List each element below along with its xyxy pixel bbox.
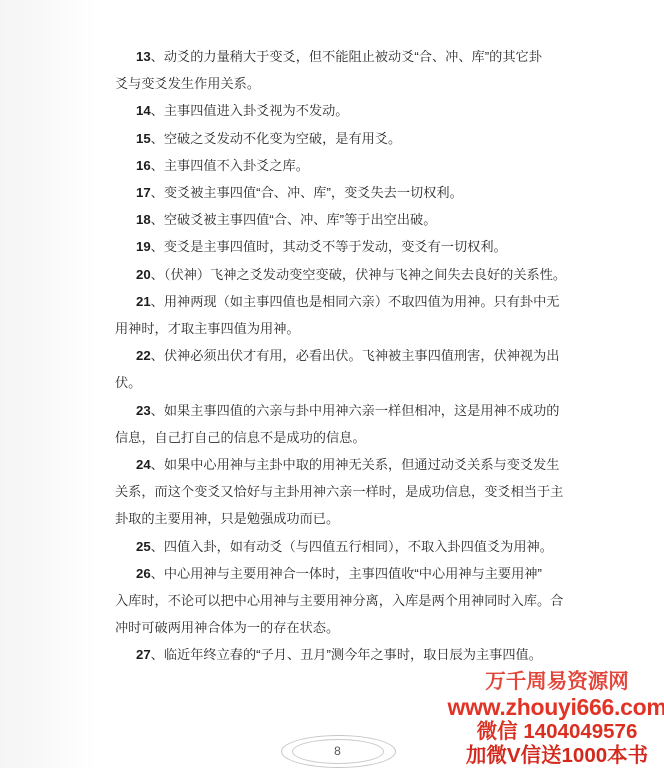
watermark-line: 加微V信送1000本书 xyxy=(447,744,664,768)
rule-item-number: 14 xyxy=(136,103,151,118)
rule-item: 14、主事四值进入卦爻视为不发动。 xyxy=(115,97,585,124)
rule-item: 15、空破之爻发动不化变为空破，是有用爻。 xyxy=(115,125,585,152)
rule-item-separator: 、 xyxy=(151,267,164,282)
rule-item: 27、临近年终立春的“子月、丑月”测今年之事时，取日辰为主事四值。 xyxy=(115,641,585,668)
rule-item-number: 17 xyxy=(136,185,151,200)
document-page: 13、动爻的力量稍大于变爻，但不能阻止被动爻“合、冲、库”的其它卦 爻与变爻发生… xyxy=(0,0,664,768)
rule-item: 13、动爻的力量稍大于变爻，但不能阻止被动爻“合、冲、库”的其它卦 爻与变爻发生… xyxy=(115,43,585,97)
rule-item-separator: 、 xyxy=(151,647,164,662)
rule-item-number: 13 xyxy=(136,49,151,64)
rule-item-number: 22 xyxy=(136,348,151,363)
rule-item-separator: 、 xyxy=(151,239,164,254)
rule-item-number: 23 xyxy=(136,403,151,418)
rule-item-text: 动爻的力量稍大于变爻，但不能阻止被动爻“合、冲、库”的其它卦 爻与变爻发生作用关… xyxy=(115,49,542,91)
rule-item: 25、四值入卦，如有动爻（与四值五行相同），不取入卦四值爻为用神。 xyxy=(115,533,585,560)
rule-item-text: （伏神）飞神之爻发动变空变破，伏神与飞神之间失去良好的关系性。 xyxy=(164,267,566,282)
rule-item: 23、如果主事四值的六亲与卦中用神六亲一样但相冲，这是用神不成功的 信息，自己打… xyxy=(115,397,585,451)
rule-item-number: 16 xyxy=(136,158,151,173)
rule-item-separator: 、 xyxy=(151,212,164,227)
rule-item-separator: 、 xyxy=(151,457,164,472)
rule-item-number: 19 xyxy=(136,239,151,254)
rule-item-text: 用神两现（如主事四值也是相同六亲）不取四值为用神。只有卦中无 用神时，才取主事四… xyxy=(115,294,559,336)
rule-item: 21、用神两现（如主事四值也是相同六亲）不取四值为用神。只有卦中无 用神时，才取… xyxy=(115,288,585,342)
watermark-url: www.zhouyi666.com xyxy=(447,695,664,720)
rule-item-text: 空破之爻发动不化变为空破，是有用爻。 xyxy=(164,131,401,146)
rule-item-number: 18 xyxy=(136,212,151,227)
rule-item-separator: 、 xyxy=(151,131,164,146)
rule-item-separator: 、 xyxy=(151,566,164,581)
rule-item-number: 24 xyxy=(136,457,151,472)
rule-item-text: 空破爻被主事四值“合、冲、库”等于出空出破。 xyxy=(164,212,437,227)
rule-item-separator: 、 xyxy=(151,403,164,418)
rule-item-number: 26 xyxy=(136,566,151,581)
rule-item: 18、空破爻被主事四值“合、冲、库”等于出空出破。 xyxy=(115,206,585,233)
rule-item: 16、主事四值不入卦爻之库。 xyxy=(115,152,585,179)
page-left-shade xyxy=(0,0,96,768)
rule-item-text: 如果主事四值的六亲与卦中用神六亲一样但相冲，这是用神不成功的 信息，自己打自己的… xyxy=(115,403,559,445)
rule-item-text: 临近年终立春的“子月、丑月”测今年之事时，取日辰为主事四值。 xyxy=(164,647,542,662)
watermark: 万千周易资源网www.zhouyi666.com微信 1404049576加微V… xyxy=(447,670,664,768)
rule-item-number: 15 xyxy=(136,131,151,146)
rule-item: 19、变爻是主事四值时，其动爻不等于发动，变爻有一切权利。 xyxy=(115,233,585,260)
rules-text-body: 13、动爻的力量稍大于变爻，但不能阻止被动爻“合、冲、库”的其它卦 爻与变爻发生… xyxy=(115,43,585,669)
rule-item-number: 21 xyxy=(136,294,151,309)
watermark-line: 万千周易资源网 xyxy=(447,670,664,695)
rule-item: 22、伏神必须出伏才有用，必看出伏。飞神被主事四值刑害，伏神视为出 伏。 xyxy=(115,342,585,396)
rule-item-separator: 、 xyxy=(151,294,164,309)
rule-item-separator: 、 xyxy=(151,539,164,554)
rule-item-text: 伏神必须出伏才有用，必看出伏。飞神被主事四值刑害，伏神视为出 伏。 xyxy=(115,348,559,390)
rule-item-number: 25 xyxy=(136,539,151,554)
rule-item-text: 主事四值进入卦爻视为不发动。 xyxy=(164,103,349,118)
rule-item-number: 27 xyxy=(136,647,151,662)
rule-item: 24、如果中心用神与主卦中取的用神无关系，但通过动爻关系与变爻发生 关系，而这个… xyxy=(115,451,585,533)
rule-item-text: 变爻被主事四值“合、冲、库”，变爻失去一切权利。 xyxy=(164,185,463,200)
rule-item-separator: 、 xyxy=(151,49,164,64)
rule-item-text: 中心用神与主要用神合一体时，主事四值收“中心用神与主要用神” 入库时，不论可以把… xyxy=(115,566,563,635)
rule-item-separator: 、 xyxy=(151,348,164,363)
rule-item: 26、中心用神与主要用神合一体时，主事四值收“中心用神与主要用神” 入库时，不论… xyxy=(115,560,585,642)
rule-item-separator: 、 xyxy=(151,103,164,118)
rule-item-separator: 、 xyxy=(151,185,164,200)
rule-item-number: 20 xyxy=(136,267,151,282)
rule-item-text: 主事四值不入卦爻之库。 xyxy=(164,158,309,173)
rule-item-separator: 、 xyxy=(151,158,164,173)
rule-item-text: 四值入卦，如有动爻（与四值五行相同），不取入卦四值爻为用神。 xyxy=(164,539,553,554)
watermark-line: 微信 1404049576 xyxy=(447,720,664,745)
page-number: 8 xyxy=(281,737,394,765)
rule-item-text: 变爻是主事四值时，其动爻不等于发动，变爻有一切权利。 xyxy=(164,239,507,254)
rule-item: 17、变爻被主事四值“合、冲、库”，变爻失去一切权利。 xyxy=(115,179,585,206)
rule-item: 20、（伏神）飞神之爻发动变空变破，伏神与飞神之间失去良好的关系性。 xyxy=(115,261,585,288)
rule-item-text: 如果中心用神与主卦中取的用神无关系，但通过动爻关系与变爻发生 关系，而这个变爻又… xyxy=(115,457,563,526)
